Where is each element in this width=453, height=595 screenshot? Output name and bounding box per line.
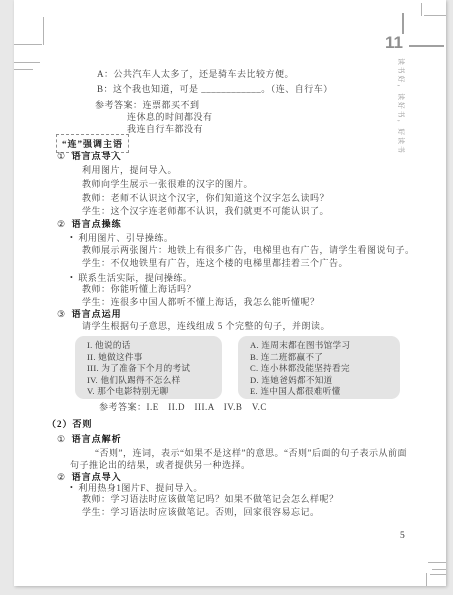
match-item: IV. 他们队踢得不怎么样 [87, 375, 222, 387]
answer-text: 连休息的时间都没有 [127, 112, 213, 123]
bullet-line: •利用热身1图片F、提问导入。 [70, 482, 203, 494]
bullet-text: 联系生活实际，提问操练。 [78, 273, 192, 283]
lesson-number: 11 [385, 34, 403, 52]
crop-mark [421, 3, 422, 16]
crop-mark [430, 574, 446, 575]
textbook-page-screenshot: { "icons": { "bullet": "•" }, "tab": { "… [0, 0, 453, 595]
match-item: V. 那个电影特别无聊 [87, 386, 222, 398]
match-item: C. 连小林都没能坚持看完 [250, 363, 400, 375]
answer-label: 参考答案： [95, 100, 143, 110]
circled-number: ② [57, 219, 66, 229]
bullet-icon: • [70, 233, 73, 242]
teacher-line: 教师：学习语法时应该做笔记吗？如果不做笔记会怎么样呢？ [82, 494, 339, 505]
tab-dash-line [409, 45, 444, 47]
match-item: A. 连周末都在图书馆学习 [250, 340, 400, 352]
analysis-paragraph-line: 句子推论出的结果，或者提供另一种选择。 [70, 460, 251, 471]
match-item: II. 她做这件事 [87, 352, 222, 364]
section-title: 语言点运用 [72, 309, 122, 319]
teacher-line: 教师：老师不认识这个汉字，你们知道这个汉字怎么读吗？ [82, 193, 329, 204]
body-line: 利用图片，提问导入。 [82, 165, 177, 176]
grammar-point-title: “连”强调主语 [62, 139, 123, 149]
answer-text: 连票都买不到 [143, 100, 200, 110]
circled-number: ③ [57, 309, 66, 319]
section-heading: ②语言点操练 [57, 219, 122, 230]
grammar-point-heading: （2）否则 [47, 419, 93, 430]
document-page: 11 读书好，读好书，好读书 A：公共汽车人太多了，还是骑车去比较方便。 B：这… [14, 0, 446, 586]
tab-tick-line [402, 13, 404, 34]
crop-mark [432, 569, 446, 570]
crop-mark [14, 62, 40, 63]
match-item: B. 连二班都赢不了 [250, 352, 400, 364]
section-title: 语言点解析 [72, 434, 122, 444]
student-line: 学生：连很多中国人都听不懂上海话，我怎么能听懂呢？ [82, 297, 320, 308]
dialogue-line-b: B：这个我也知道，可是 ____________。（连、自行车） [97, 84, 333, 95]
match-item: E. 连中国人都很难听懂 [250, 386, 400, 398]
teacher-line: 教师：你能听懂上海话吗？ [82, 284, 196, 295]
section-title: 语言点导入 [72, 472, 122, 482]
page-number: 5 [400, 531, 405, 541]
section-heading: ①语言点解析 [57, 434, 122, 445]
crop-mark [424, 15, 446, 16]
bullet-icon: • [70, 483, 73, 492]
bullet-icon: • [70, 273, 73, 282]
match-item: I. 他说的话 [87, 340, 222, 352]
analysis-paragraph-line: “否则”，连词，表示“如果不是这样”的意思。“否则”后面的句子表示从前面 [95, 448, 407, 459]
bullet-line: •利用图片、引导操练。 [70, 232, 173, 244]
match-item: III. 为了准备下个月的考试 [87, 363, 222, 375]
body-line: 请学生根据句子意思，连线组成 5 个完整的句子，并朗读。 [82, 321, 330, 332]
lesson-title-vertical: 读书好，读好书，好读书 [397, 58, 407, 155]
circled-number: ① [57, 151, 66, 161]
crop-mark [426, 573, 427, 586]
bullet-text: 利用热身1图片F、提问导入。 [78, 483, 203, 493]
section-title: 语言点操练 [72, 219, 122, 229]
bullet-line: •联系生活实际，提问操练。 [70, 272, 192, 284]
crop-mark [14, 44, 42, 45]
match-item: D. 连她爸妈都不知道 [250, 375, 400, 387]
crop-mark [14, 69, 33, 70]
match-box-left: I. 他说的话 II. 她做这件事 III. 为了准备下个月的考试 IV. 他们… [75, 336, 222, 399]
reference-answer-line: 参考答案：I.E II.D III.A IV.B V.C [99, 402, 267, 413]
circled-number: ② [57, 472, 66, 482]
bullet-text: 利用图片、引导操练。 [78, 233, 173, 243]
reference-answer-line: 参考答案：连票都买不到 [95, 100, 200, 111]
crop-mark [43, 17, 44, 45]
crop-mark [428, 562, 446, 563]
dialogue-line-a: A：公共汽车人太多了，还是骑车去比较方便。 [97, 69, 294, 80]
body-line: 教师展示两张图片：地铁上有很多广告，电梯里也有广告，请学生看图说句子。 [82, 245, 415, 256]
section-heading: ③语言点运用 [57, 309, 122, 320]
student-line: 学生：学习语法时应该做笔记。否则，回家很容易忘记。 [82, 507, 320, 518]
answer-text: 我连自行车都没有 [127, 124, 203, 135]
section-title: 语言点导入 [72, 151, 122, 161]
section-heading: ①语言点导入 [57, 151, 122, 162]
student-line: 学生：不仅地铁里有广告，连这个楼的电梯里都挂着三个广告。 [82, 258, 348, 269]
circled-number: ① [57, 434, 66, 444]
body-line: 教师向学生展示一张很难的汉字的图片。 [82, 179, 253, 190]
student-line: 学生：这个汉字连老师都不认识，我们就更不可能认识了。 [82, 206, 329, 217]
match-box-right: A. 连周末都在图书馆学习 B. 连二班都赢不了 C. 连小林都没能坚持看完 D… [238, 336, 400, 399]
